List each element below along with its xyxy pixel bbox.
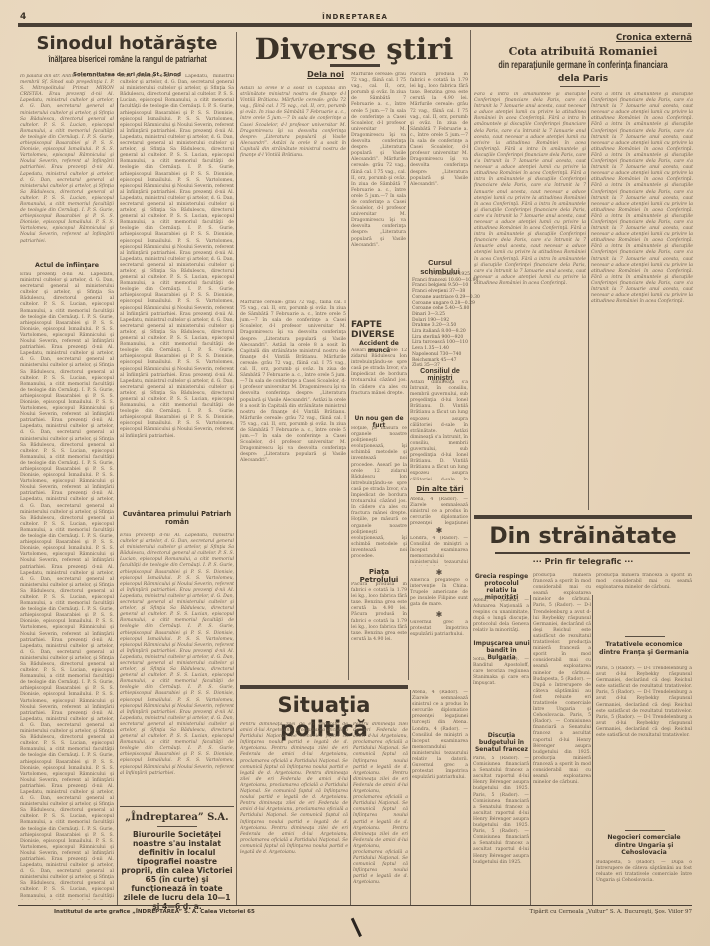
article-text: Atena, 4 (Rador). — Adunarea Naţională a… [473, 598, 529, 638]
article-text: Asearî pe la orele 12 zidarul Bădulescu … [351, 348, 407, 410]
article-text: Erau prezenţi d-nii Al. Lapedatu, minist… [120, 533, 234, 801]
article-text: Hoţiile, pe măsură ce organele noastre p… [351, 426, 407, 566]
column-divider [470, 30, 471, 905]
divider [560, 86, 600, 87]
article-text: Londra, 4 (Rador). — Consiliul de minişt… [410, 536, 468, 566]
headline-rule [330, 64, 380, 67]
column-divider [348, 90, 349, 680]
indreptarea-announcement: „Îndreptarea” S.A. Biurourile Societăţei… [120, 806, 234, 902]
section-dela-noi: Dela noi [258, 70, 348, 79]
subheadline-dela-paris: dela Paris [474, 74, 692, 84]
article-text: In palatul din str. Antim s'au întrunit … [20, 74, 114, 259]
headline-diverse-stiri: Diverse ştiri [238, 33, 470, 65]
rates-list: Franci francezi 10.60—10.90Franci belgie… [412, 278, 470, 369]
article-text: Paris, 5 (Rador). — D-l Trendelenburg a … [596, 666, 692, 796]
article-text: Fără a intra în amănuntele şi discuţiile… [591, 92, 693, 508]
subheadline-reparatiuni: din reparaţiunile germane în conferinţa … [480, 60, 686, 71]
article-text: Mărfurile cereale: grâu 72 vag., făină c… [351, 72, 406, 322]
section-cronica-externa: Cronica externă [474, 33, 692, 43]
column-divider [408, 125, 409, 680]
column-divider [588, 90, 589, 510]
newspaper-name: ÎNDREPTAREA [18, 13, 692, 21]
footer-ink: Tipărit cu Cerneala „Vultur” S. A. Bucur… [530, 909, 692, 915]
article-text: Guvernul grec a protestat împotriva expu… [410, 620, 468, 680]
subheadline-sinodul: înălţarea bisericei române la rangul de … [49, 54, 206, 65]
exchange-rate-row: Lira italiană 8.00—8.20 [412, 329, 470, 335]
article-text: producţia minieră franceză a sporit în m… [596, 573, 692, 633]
star-separator: ✱ [410, 526, 468, 535]
masthead: 4 ÎNDREPTAREA [18, 10, 692, 24]
announcement-body: Biurourile Societăţei noastre s'au insta… [120, 830, 234, 911]
article-text: Paris, 5 (Rador). — Comisiunea financiar… [473, 756, 529, 901]
subheadline-prin-fir-telegrafic: ··· Prin fir telegrafic ··· [474, 557, 692, 566]
article-text: Mărfurile cereale: grâu 72 vag., făină c… [240, 300, 346, 675]
masthead-rule [18, 23, 692, 27]
section-cuvantarea: Cuvântarea primului Patriarh român [120, 510, 234, 526]
headline-tratativele: Tratativele economice dintre Franţa şi G… [596, 641, 692, 656]
exchange-rates-table: 5 Februarie 1925 Franci francezi 10.60—1… [412, 272, 470, 369]
page-footer: Institutul de arte grafice „ÎNDREPTAREA”… [18, 905, 692, 917]
article-text: Budapesta, 5 (Rador). — După o întrerupe… [596, 860, 692, 890]
exchange-rate-row: Franci elveţieni 37—38 [412, 289, 470, 295]
divider [625, 830, 665, 831]
article-text: Erau prezenţi d-nii Al. Lapedatu, minist… [120, 74, 234, 494]
column-divider [530, 595, 531, 905]
newspaper-page: 4 ÎNDREPTAREA Sinodul hotărăşte înălţare… [0, 0, 710, 946]
column-divider [592, 595, 593, 905]
column-divider [350, 775, 351, 905]
section-rule [240, 685, 408, 689]
footer-printer: Institutul de arte grafice „ÎNDREPTAREA”… [54, 909, 255, 915]
article-text: Erau prezenţi d-nii Al. Lapedatu, minist… [20, 272, 114, 900]
article-sinodul: Sinodul hotărăşte înălţarea bisericei ro… [18, 30, 236, 78]
article-text: Atena, 4 (Rador). — Ziarele semnalează s… [412, 690, 468, 902]
article-text: Fără a intra în amănuntele şi discuţiile… [474, 92, 586, 508]
headline-din-strainatate: Din străinătate [474, 524, 692, 550]
headline-grecia: Grecia respinge protocolul relativ la mi… [473, 573, 530, 601]
column-divider [236, 32, 237, 905]
headline-rule [495, 552, 690, 554]
article-text: Păcura produsă în fabrici e cotată la 1.… [410, 72, 468, 252]
announcement-title: „Îndreptarea” S.A. [120, 812, 234, 823]
star-separator: ✱ [410, 568, 468, 577]
section-rule [474, 515, 692, 519]
headline-fapte-diverse: FAPTE DIVERSE [351, 320, 407, 340]
divider [625, 636, 665, 637]
article-text: Pentru dimineaţa zilei de eri Federala d… [353, 722, 408, 902]
star-separator: ✱ [410, 610, 468, 619]
exchange-rate-row: Napoleonul 730—740 [412, 352, 470, 358]
article-text: Pentru dimineaţa zilei de eri Federala d… [240, 722, 348, 902]
headline-discutia-budgetului: Discuţia budgetului în Senatul francez [473, 732, 530, 753]
exchange-rate-row: Coroane austriace 0.29—0.30 [412, 295, 470, 301]
article-text: Astăzi la orele 8 a sosit în Capitală di… [240, 86, 346, 296]
article-text: Păcura produsă în fabrici e cotată la 1.… [351, 582, 407, 677]
article-text: Sofia, 4 (Rador). — Banditul Apostoloff,… [473, 657, 529, 729]
page-mark [348, 918, 362, 939]
headline-sinodul: Sinodul hotărăşte [18, 34, 236, 54]
column-divider [410, 690, 411, 905]
article-text: Astăzi dimineaţă s'a întrunit, în consil… [410, 380, 468, 480]
divider [157, 826, 197, 827]
article-text: producţia minieră franceză a sporit în m… [533, 573, 591, 903]
section-actul-de-infiintare: Actul de înfiinţare [20, 262, 114, 269]
article-text: America pregăteşte o intervenţie în Chin… [410, 578, 468, 608]
headline-negocieri: Negocieri comerciale dintre Ungaria şi C… [596, 834, 692, 857]
article-text: Atena, 4 (Rador). — Ziarele semnalează s… [410, 497, 468, 525]
column-divider [117, 98, 118, 905]
headline-din-alte-tari: Din alte ţări [410, 485, 470, 493]
headline-cota-atribuita: Cota atribuită Romaniei [474, 45, 692, 58]
